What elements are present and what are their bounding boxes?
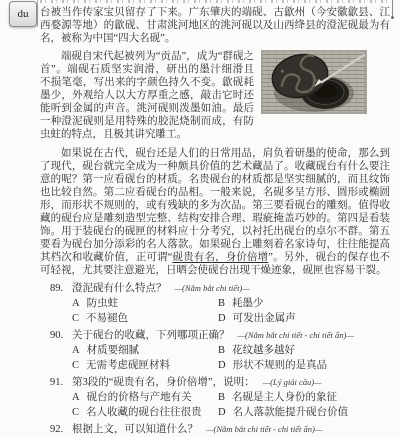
du-floating-button[interactable]: du	[9, 1, 37, 27]
option-text: 耗墨少	[232, 298, 264, 309]
paragraph-3-text: 如果说在古代，砚台还是人们的日常用品，肩负着研墨的使命，那么到了现代，砚台就完全…	[40, 148, 390, 263]
option-text: 名砚是主人身份的象征	[232, 392, 337, 400]
option-c[interactable]: C无需考虑砚匣材料	[72, 358, 218, 373]
question-90: 90.关于砚台的收藏，下列哪项正确？—(Nắm bắt chi tiết - c…	[40, 328, 390, 373]
question-skill-tag: —(Nắm bắt chi tiết)—	[175, 283, 250, 293]
option-b[interactable]: B名砚是主人身份的象征	[218, 390, 390, 400]
question-stem: 第3段的“砚贵有名，身价倍增”，说明：	[72, 377, 255, 388]
paragraph-1: 台被当作传家宝贝留存了下来。广东肇庆的端砚、古歙州（今安徽歙县、江西婺源等地）的…	[40, 6, 390, 45]
question-91: 91.第3段的“砚贵有名，身价倍增”，说明：—(Lý giải câu)— A砚…	[40, 375, 390, 400]
option-label: D	[218, 313, 226, 324]
question-number: 91.	[50, 375, 72, 390]
question-skill-tag: —(Lý giải câu)—	[263, 377, 322, 387]
question-91-options: A砚台的价格与产地有关 B名砚是主人身份的象征 C名人收藏的砚台往往很贵 D名人…	[40, 390, 390, 400]
option-label: A	[72, 392, 80, 400]
underlined-phrase: 砚贵有名，身价倍增	[172, 252, 268, 263]
du-badge-label: du	[18, 8, 29, 20]
option-label: C	[72, 313, 79, 324]
option-a[interactable]: A防虫蛀	[72, 296, 218, 311]
question-89-options: A防虫蛀 B耗墨少 C不易褪色 D可发出金属声	[40, 296, 390, 326]
option-label: A	[72, 345, 80, 356]
option-label: A	[72, 298, 80, 309]
option-text: 形状不规则的是真品	[233, 360, 328, 371]
question-90-options: A材质要细腻 B花纹越多越好 C无需考虑砚匣材料 D形状不规则的是真品	[40, 343, 390, 373]
question-91-head: 91.第3段的“砚贵有名，身价倍增”，说明：—(Lý giải câu)—	[40, 375, 390, 390]
option-c[interactable]: C不易褪色	[72, 311, 218, 326]
option-text: 无需考虑砚匣材料	[86, 360, 170, 371]
option-text: 不易褪色	[86, 313, 128, 324]
option-label: D	[218, 360, 226, 371]
question-90-head: 90.关于砚台的收藏，下列哪项正确？—(Nắm bắt chi tiết - c…	[40, 328, 390, 343]
option-a[interactable]: A材质要细腻	[72, 343, 218, 358]
option-a[interactable]: A砚台的价格与产地有关	[72, 390, 218, 400]
option-label: C	[72, 360, 79, 371]
question-stem: 澄泥砚有什么特点？	[72, 283, 167, 294]
option-label: B	[218, 392, 225, 400]
option-text: 材质要细腻	[87, 345, 140, 356]
option-b[interactable]: B耗墨少	[218, 296, 390, 311]
paragraph-3: 如果说在古代，砚台还是人们的日常用品，肩负着研墨的使命，那么到了现代，砚台就完全…	[40, 147, 390, 277]
option-text: 砚台的价格与产地有关	[87, 392, 192, 400]
paragraph-2-block: 端砚自宋代起被列为“贡品”，成为“群砚之首”。端砚石质坚实润滑，研出的墨汁细滑且…	[40, 50, 390, 141]
cutoff-text-remnant	[40, 0, 390, 3]
option-text: 花纹越多越好	[232, 345, 295, 356]
option-d[interactable]: D可发出金属声	[218, 311, 390, 326]
question-89: 89.澄泥砚有什么特点？—(Nắm bắt chi tiết)— A防虫蛀 B耗…	[40, 281, 390, 326]
inkstone-photo	[262, 51, 366, 113]
option-d[interactable]: D形状不规则的是真品	[218, 358, 390, 373]
option-text: 防虫蛀	[87, 298, 119, 309]
book-page: 台被当作传家宝贝留存了下来。广东肇庆的端砚、古歙州（今安徽歙县、江西婺源等地）的…	[0, 0, 400, 400]
question-89-head: 89.澄泥砚有什么特点？—(Nắm bắt chi tiết)—	[40, 281, 390, 296]
question-stem: 关于砚台的收藏，下列哪项正确？	[72, 330, 230, 341]
question-number: 90.	[50, 328, 72, 343]
option-label: B	[218, 298, 225, 309]
question-skill-tag: —(Nắm bắt chi tiết - chi tiết ẩn)—	[238, 330, 354, 340]
option-label: B	[218, 345, 225, 356]
option-text: 可发出金属声	[233, 313, 296, 324]
option-b[interactable]: B花纹越多越好	[218, 343, 390, 358]
question-number: 89.	[50, 281, 72, 296]
